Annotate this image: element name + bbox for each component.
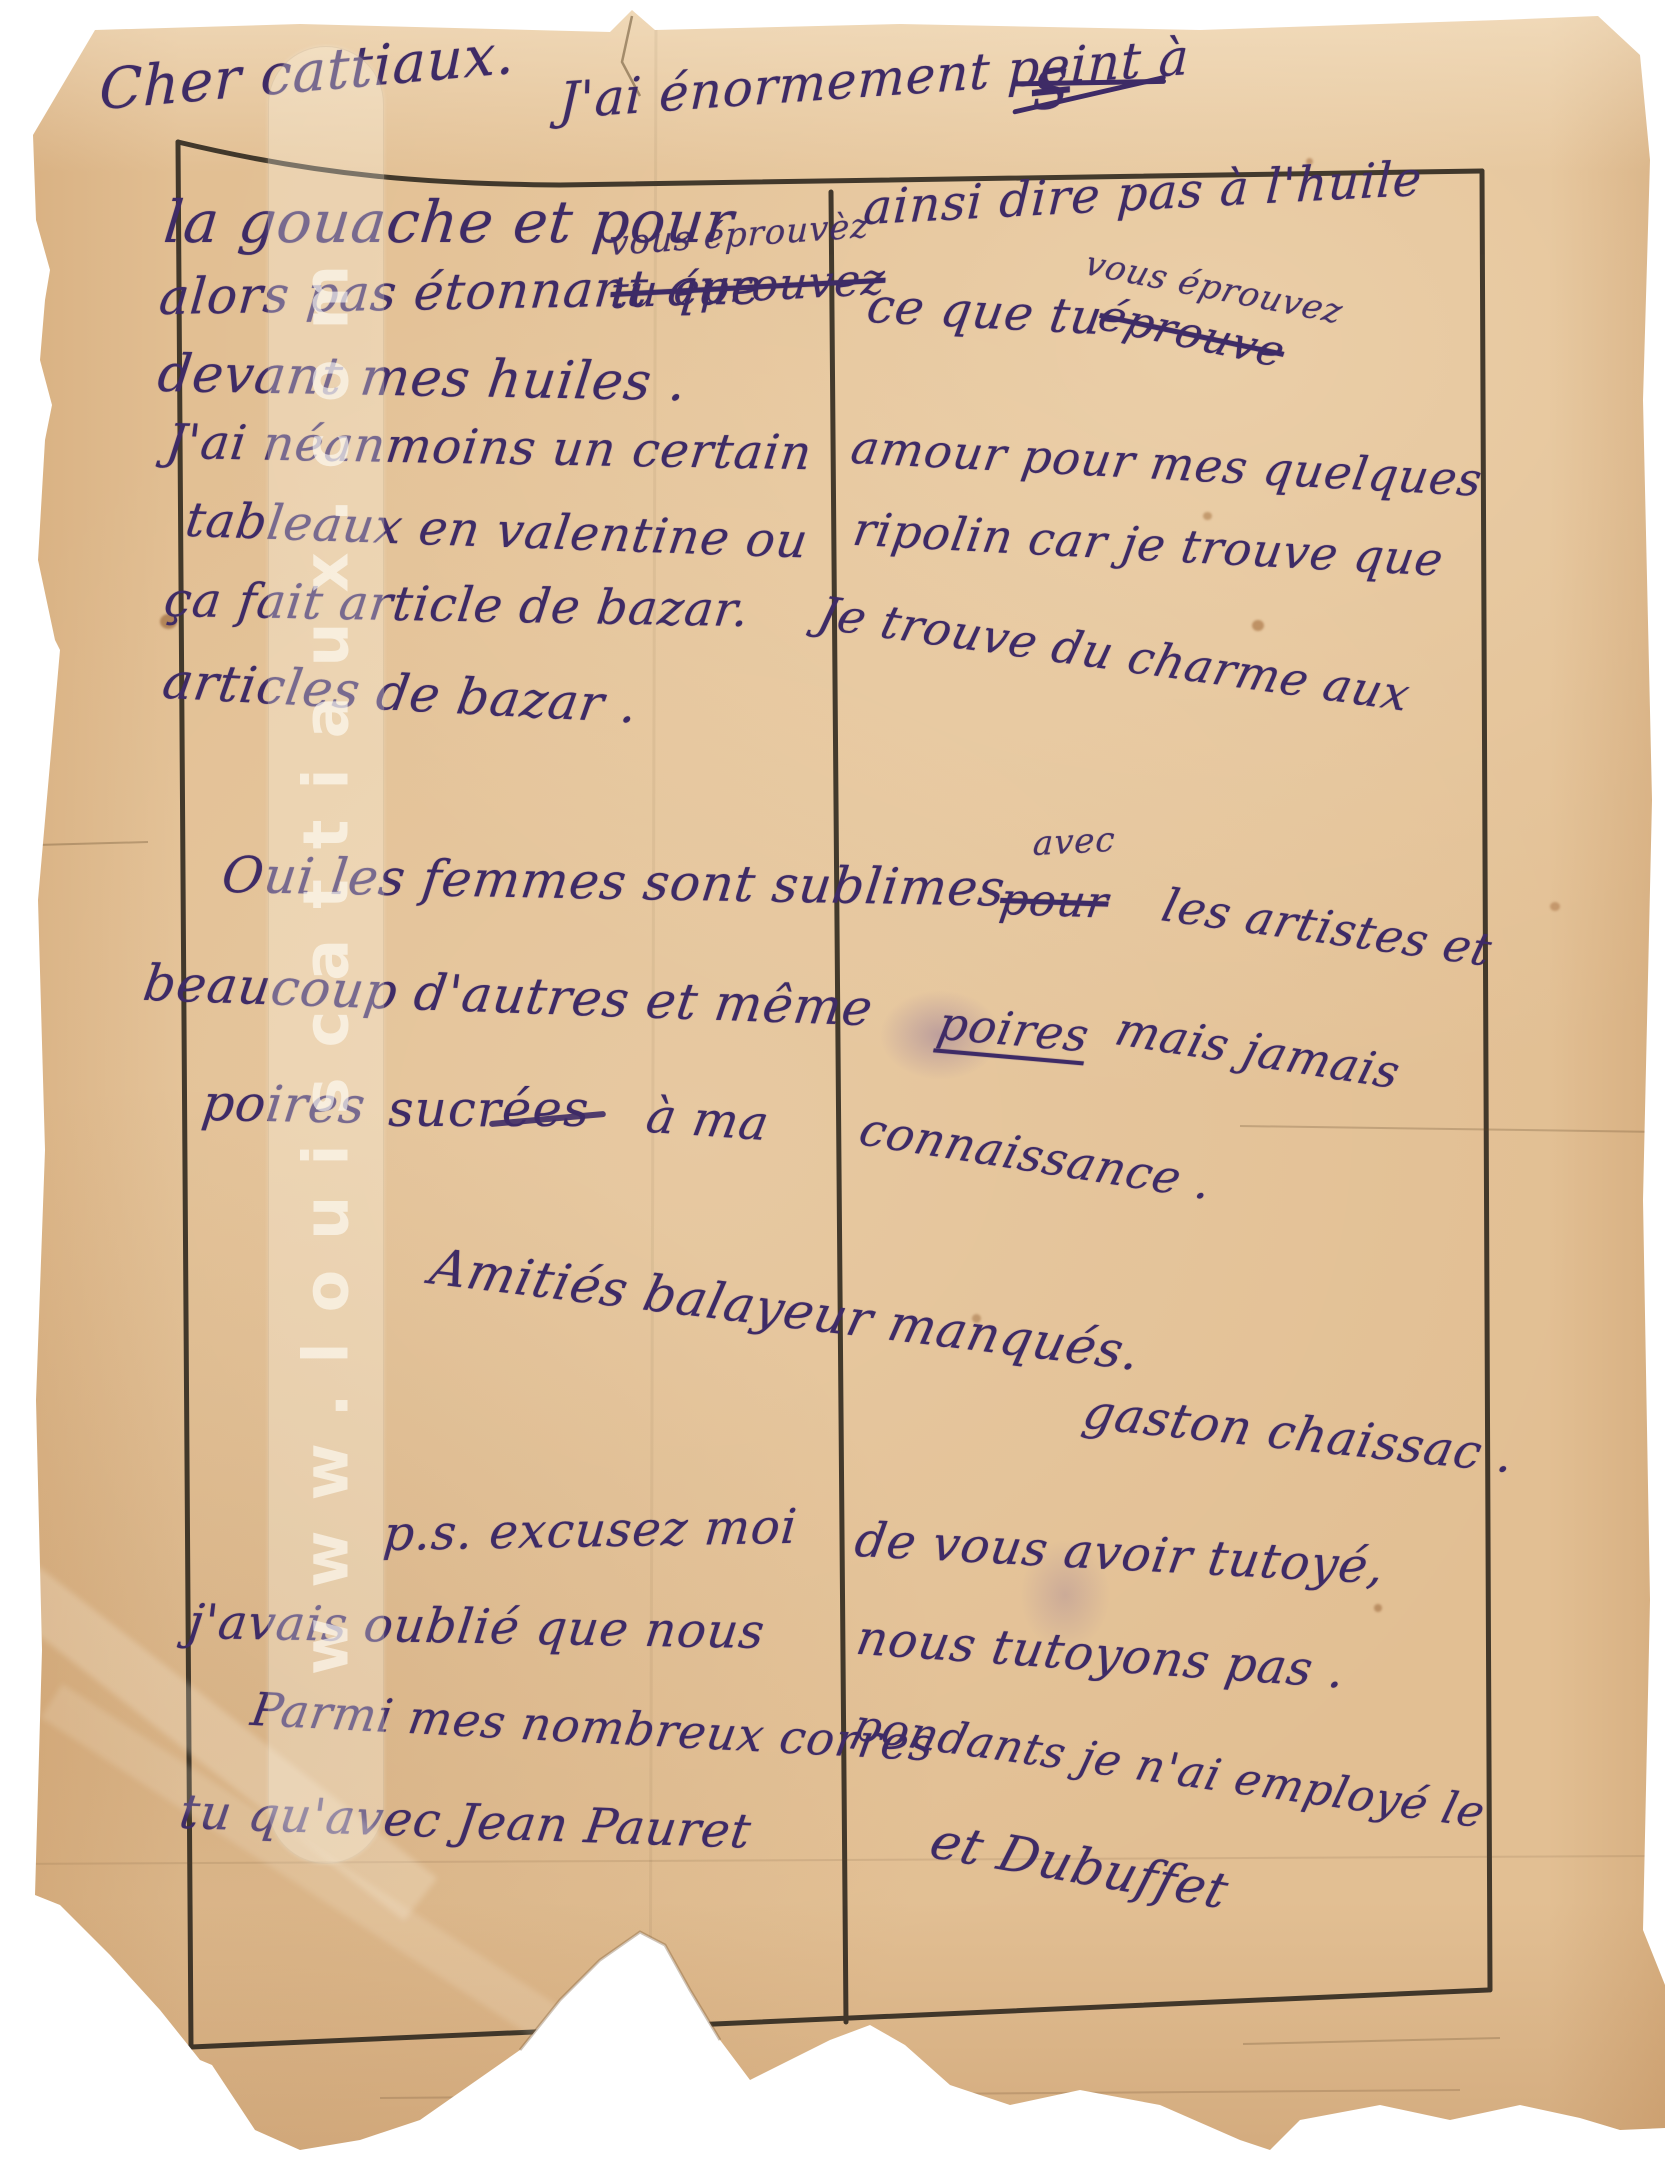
scanned-letter: Cher cattiaux.J'ai énormement peint àSla… [0, 0, 1665, 2160]
torn-edges [0, 0, 1665, 2160]
